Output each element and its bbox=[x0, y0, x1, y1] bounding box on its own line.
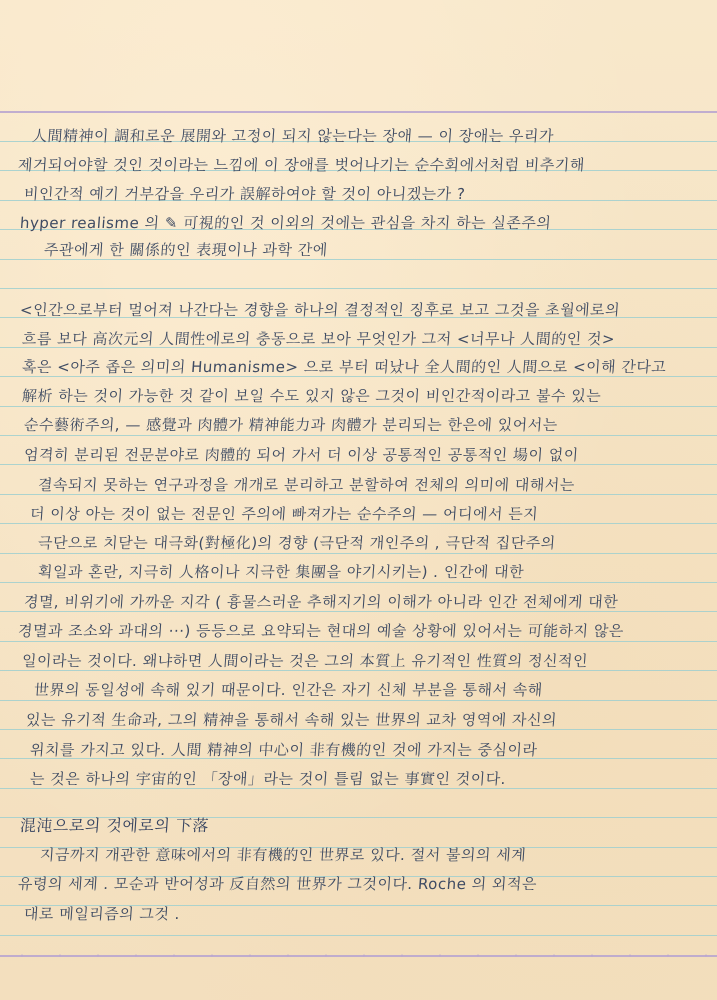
line-text: 획일과 혼란, 지극히 人格이나 지극한 集團을 야기시키는) . 인간에 대한 bbox=[38, 558, 525, 586]
line-text: 世界의 동일성에 속해 있기 때문이다. 인간은 자기 신체 부분을 통해서 속… bbox=[34, 676, 544, 704]
manuscript-line: 혹은 <아주 좁은 의미의 Humanisme> 으로 부터 떠났나 全人間的인… bbox=[22, 353, 717, 381]
line-text: 경멸, 비위기에 가까운 지각 ( 흉물스러운 추해지기의 이해가 아니라 인간… bbox=[24, 588, 619, 616]
line-text: 유령의 세계 . 모순과 반어성과 反自然의 世界가 그것이다. Roche 의… bbox=[18, 870, 538, 898]
manuscript-line: 결속되지 못하는 연구과정을 개개로 분리하고 분할하여 전체의 의미에 대해서… bbox=[38, 471, 717, 499]
manuscript-page: 人間精神이 調和로운 展開와 고정이 되지 않는다는 장애 — 이 장애는 우리… bbox=[0, 0, 717, 1000]
manuscript-line: 解析 하는 것이 가능한 것 같이 보일 수도 있지 않은 그것이 비인간적이라… bbox=[22, 382, 717, 410]
line-text: 극단으로 치닫는 대극화(對極化)의 경향 (극단적 개인주의 , 극단적 집단… bbox=[38, 529, 557, 557]
manuscript-line: 극단으로 치닫는 대극화(對極化)의 경향 (극단적 개인주의 , 극단적 집단… bbox=[38, 529, 717, 557]
line-text: 위치를 가지고 있다. 人間 精神의 中心이 非有機的인 것에 가지는 중심이라 bbox=[30, 736, 538, 764]
line-text: <인간으로부터 멀어져 나간다는 경향을 하나의 결정적인 징후로 보고 그것을… bbox=[20, 296, 621, 324]
ruled-line bbox=[0, 935, 717, 936]
manuscript-line: 人間精神이 調和로운 展開와 고정이 되지 않는다는 장애 — 이 장애는 우리… bbox=[32, 122, 717, 150]
manuscript-line: 비인간적 예기 거부감을 우리가 誤解하여야 할 것이 아니겠는가 ? bbox=[24, 180, 717, 208]
manuscript-line: 위치를 가지고 있다. 人間 精神의 中心이 非有機的인 것에 가지는 중심이라 bbox=[30, 736, 717, 764]
line-text: 순수藝術주의, — 感覺과 肉體가 精神能力과 肉體가 분리되는 한은에 있어서… bbox=[24, 411, 559, 439]
manuscript-line: 있는 유기적 生命과, 그의 精神을 통해서 속해 있는 世界의 교차 영역에 … bbox=[26, 706, 717, 734]
line-text: 일이라는 것이다. 왜냐하면 人間이라는 것은 그의 本質上 유기적인 性質의 … bbox=[22, 647, 589, 675]
line-text: hyper realisme 의 ✎ 可視的인 것 이외의 것에는 관심을 차지… bbox=[20, 209, 552, 237]
manuscript-line: 엄격히 분리된 전문분야로 肉體的 되어 가서 더 이상 공통적인 공통적인 場… bbox=[24, 441, 717, 469]
line-text: 混沌으로의 것에로의 下落 bbox=[20, 812, 210, 840]
line-text: 는 것은 하나의 宇宙的인 「장애」라는 것이 틀림 없는 事實인 것이다. bbox=[30, 765, 507, 793]
manuscript-line: 유령의 세계 . 모순과 반어성과 反自然의 世界가 그것이다. Roche 의… bbox=[18, 870, 717, 898]
manuscript-line: 경멸, 비위기에 가까운 지각 ( 흉물스러운 추해지기의 이해가 아니라 인간… bbox=[24, 588, 717, 616]
line-text: 흐름 보다 高次元의 人間性에로의 충동으로 보아 무엇인가 그저 <너무나 人… bbox=[22, 325, 616, 353]
line-text: 경멸과 조소와 과대의 ···) 등등으로 요약되는 현대의 예술 상황에 있어… bbox=[18, 617, 625, 645]
bottom-dot-markers bbox=[0, 954, 717, 957]
manuscript-line: 지금까지 개관한 意味에서의 非有機的인 世界로 있다. 절서 불의의 세계 bbox=[40, 841, 717, 869]
manuscript-line: 흐름 보다 高次元의 人間性에로의 충동으로 보아 무엇인가 그저 <너무나 人… bbox=[22, 325, 717, 353]
manuscript-line: 경멸과 조소와 과대의 ···) 등등으로 요약되는 현대의 예술 상황에 있어… bbox=[18, 617, 717, 645]
line-text: 지금까지 개관한 意味에서의 非有機的인 世界로 있다. 절서 불의의 세계 bbox=[40, 841, 527, 869]
line-text: 주관에게 한 關係的인 表現이나 과학 간에 bbox=[44, 236, 329, 264]
line-text: 결속되지 못하는 연구과정을 개개로 분리하고 분할하여 전체의 의미에 대해서… bbox=[38, 471, 576, 499]
line-text: 解析 하는 것이 가능한 것 같이 보일 수도 있지 않은 그것이 비인간적이라… bbox=[22, 382, 602, 410]
line-text: 人間精神이 調和로운 展開와 고정이 되지 않는다는 장애 — 이 장애는 우리… bbox=[32, 122, 555, 150]
section-heading: 混沌으로의 것에로의 下落 bbox=[20, 812, 717, 840]
line-text: 대로 메일리즘의 그것 . bbox=[24, 900, 181, 928]
manuscript-line: 더 이상 아는 것이 없는 전문인 주의에 빠져가는 순수주의 — 어디에서 든… bbox=[30, 500, 717, 528]
manuscript-line: 순수藝術주의, — 感覺과 肉體가 精神能力과 肉體가 분리되는 한은에 있어서… bbox=[24, 411, 717, 439]
line-text: 더 이상 아는 것이 없는 전문인 주의에 빠져가는 순수주의 — 어디에서 든… bbox=[30, 500, 539, 528]
line-text: 엄격히 분리된 전문분야로 肉體的 되어 가서 더 이상 공통적인 공통적인 場… bbox=[24, 441, 580, 469]
manuscript-line: hyper realisme 의 ✎ 可視的인 것 이외의 것에는 관심을 차지… bbox=[20, 209, 717, 237]
line-text: 제거되어야할 것인 것이라는 느낌에 이 장애를 벗어나기는 순수회에서처럼 비… bbox=[18, 151, 586, 179]
manuscript-line: 대로 메일리즘의 그것 . bbox=[24, 900, 717, 928]
manuscript-line: 世界의 동일성에 속해 있기 때문이다. 인간은 자기 신체 부분을 통해서 속… bbox=[34, 676, 717, 704]
top-margin-rule bbox=[0, 111, 717, 113]
line-text: 혹은 <아주 좁은 의미의 Humanisme> 으로 부터 떠났나 全人間的인… bbox=[22, 353, 667, 381]
manuscript-line: 획일과 혼란, 지극히 人格이나 지극한 集團을 야기시키는) . 인간에 대한 bbox=[38, 558, 717, 586]
line-text: 있는 유기적 生命과, 그의 精神을 통해서 속해 있는 世界의 교차 영역에 … bbox=[26, 706, 558, 734]
manuscript-line: <인간으로부터 멀어져 나간다는 경향을 하나의 결정적인 징후로 보고 그것을… bbox=[20, 296, 717, 324]
manuscript-line: 주관에게 한 關係的인 表現이나 과학 간에 bbox=[44, 236, 717, 264]
ruled-line bbox=[0, 288, 717, 289]
manuscript-line: 일이라는 것이다. 왜냐하면 人間이라는 것은 그의 本質上 유기적인 性質의 … bbox=[22, 647, 717, 675]
manuscript-line: 제거되어야할 것인 것이라는 느낌에 이 장애를 벗어나기는 순수회에서처럼 비… bbox=[18, 151, 717, 179]
manuscript-line: 는 것은 하나의 宇宙的인 「장애」라는 것이 틀림 없는 事實인 것이다. bbox=[30, 765, 717, 793]
line-text: 비인간적 예기 거부감을 우리가 誤解하여야 할 것이 아니겠는가 ? bbox=[24, 180, 466, 208]
